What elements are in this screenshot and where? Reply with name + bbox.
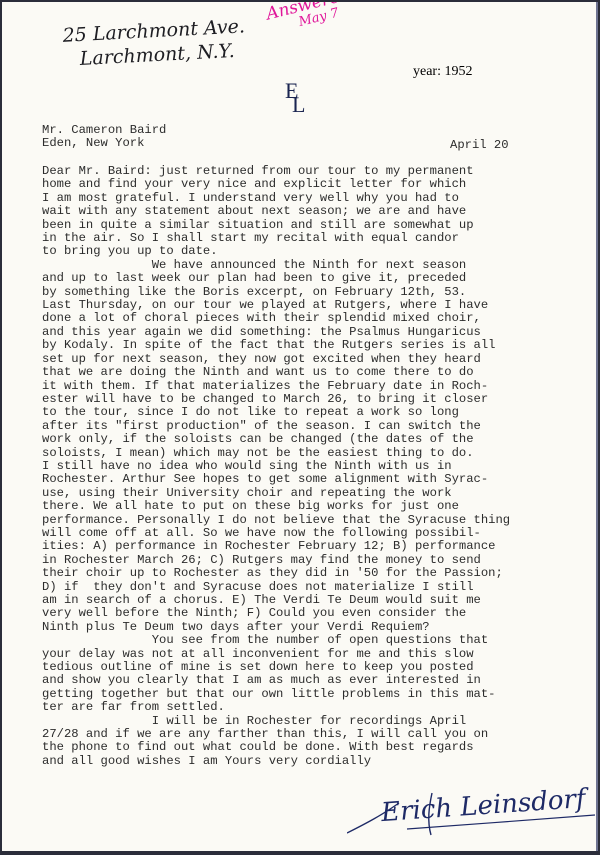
body-line: by something like the Boris excerpt, on …	[42, 286, 510, 299]
body-line: there. We all hate to put on these big w…	[42, 500, 510, 513]
body-line: by Kodaly. In spite of the fact that the…	[42, 339, 510, 352]
body-line: and show you clearly that I am as much a…	[42, 674, 510, 687]
body-line: I will be in Rochester for recordings Ap…	[42, 715, 510, 728]
answered-annotation: Answered May 7	[265, 2, 355, 37]
body-line: been in quite a similar situation and st…	[42, 219, 510, 232]
body-line: Ninth plus Te Deum two days after your V…	[42, 621, 510, 634]
body-line: the phone to find out what could be done…	[42, 741, 510, 754]
body-line: ester will have to be changed to March 2…	[42, 393, 510, 406]
body-line: and all good wishes I am Yours very cord…	[42, 755, 510, 768]
recipient-name: Mr. Cameron Baird	[42, 123, 166, 137]
monogram-letter-l: L	[292, 92, 305, 118]
body-line: use, using their University choir and re…	[42, 487, 510, 500]
body-line: in Rochester March 26; C) Rutgers may fi…	[42, 554, 510, 567]
body-line: it with them. If that materializes the F…	[42, 380, 510, 393]
letter-page: 25 Larchmont Ave. Larchmont, N.Y. Answer…	[2, 2, 598, 851]
body-line: to bring you up to date.	[42, 245, 510, 258]
signature: Erich Leinsdorf	[347, 785, 597, 845]
body-line: am in search of a chorus. E) The Verdi T…	[42, 594, 510, 607]
body-line: their choir up to Rochester as they did …	[42, 567, 510, 580]
body-line: Dear Mr. Baird: just returned from our t…	[42, 165, 510, 178]
body-line: ter are far from settled.	[42, 701, 510, 714]
body-line: 27/28 and if we are any farther than thi…	[42, 728, 510, 741]
body-line: to the tour, since I do not like to repe…	[42, 406, 510, 419]
recipient-block: Mr. Cameron Baird Eden, New York	[42, 124, 166, 151]
body-line: set up for next season, they now got exc…	[42, 353, 510, 366]
body-line: We have announced the Ninth for next sea…	[42, 259, 510, 272]
body-line: your delay was not at all inconvenient f…	[42, 648, 510, 661]
recipient-location: Eden, New York	[42, 136, 144, 150]
year-label: year: 1952	[413, 64, 472, 80]
body-line: I am most grateful. I understand very we…	[42, 192, 510, 205]
body-line: I still have no idea who would sing the …	[42, 460, 510, 473]
body-line: soloists, I mean) which may not be the e…	[42, 447, 510, 460]
body-line: ities: A) performance in Rochester Febru…	[42, 540, 510, 553]
body-line: that we are doing the Ninth and want us …	[42, 366, 510, 379]
body-line: Last Thursday, on our tour we played at …	[42, 299, 510, 312]
body-line: home and find your very nice and explici…	[42, 178, 510, 191]
body-line: work only, if the soloists can be change…	[42, 433, 510, 446]
body-line: and up to last week our plan had been to…	[42, 272, 510, 285]
body-line: You see from the number of open question…	[42, 634, 510, 647]
letterhead-monogram: E L	[285, 78, 309, 118]
body-line: in the air. So I shall start my recital …	[42, 232, 510, 245]
body-line: will come off at all. So we have now the…	[42, 527, 510, 540]
body-line: performance. Personally I do not believe…	[42, 514, 510, 527]
letter-body: Dear Mr. Baird: just returned from our t…	[42, 165, 510, 768]
body-line: Rochester. Arthur See hopes to get some …	[42, 473, 510, 486]
body-line: done a lot of choral pieces with their s…	[42, 312, 510, 325]
body-line: after its "first production" of the seas…	[42, 420, 510, 433]
body-line: very well before the Ninth; F) Could you…	[42, 607, 510, 620]
body-line: D) if they don't and Syracuse does not m…	[42, 581, 510, 594]
body-line: tedious outline of mine is set down here…	[42, 661, 510, 674]
body-line: and this year again we did something: th…	[42, 326, 510, 339]
handwritten-return-address: 25 Larchmont Ave. Larchmont, N.Y.	[60, 14, 247, 72]
body-line: getting together but that our own little…	[42, 688, 510, 701]
body-line: wait with any statement about next seaso…	[42, 205, 510, 218]
letter-date: April 20	[450, 138, 509, 152]
